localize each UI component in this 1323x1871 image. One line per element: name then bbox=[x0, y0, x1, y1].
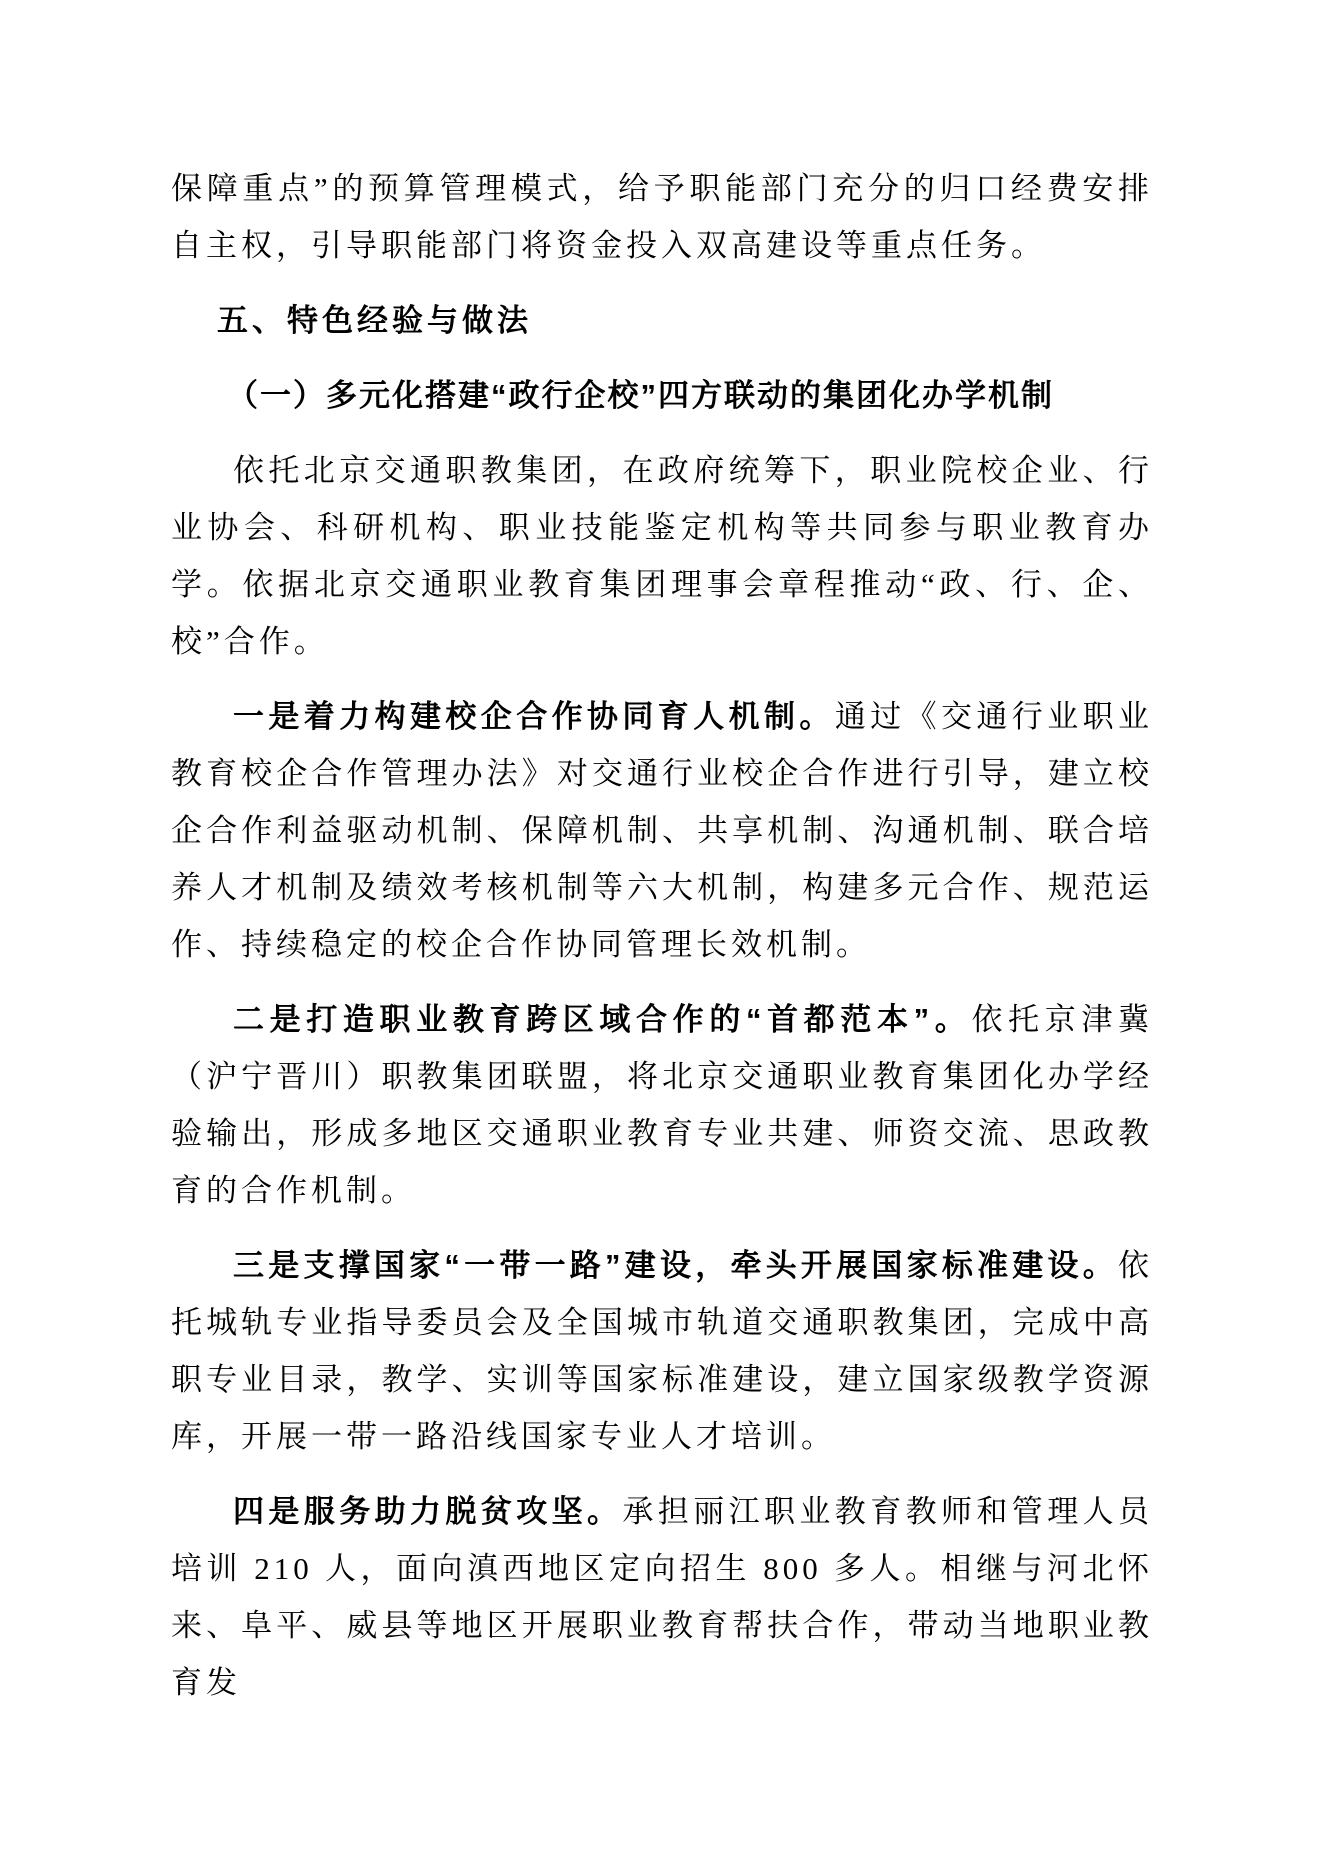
bold-text: 一是着力构建校企合作协同育人机制。 bbox=[233, 699, 835, 734]
paragraph: 一是着力构建校企合作协同育人机制。通过《交通行业职业教育校企合作管理办法》对交通… bbox=[171, 688, 1153, 973]
paragraph: 依托北京交通职教集团，在政府统筹下，职业院校企业、行业协会、科研机构、职业技能鉴… bbox=[171, 442, 1153, 670]
body-text: 通过《交通行业职业教育校企合作管理办法》对交通行业校企合作进行引导，建立校企合作… bbox=[171, 699, 1153, 962]
body-text: 保障重点”的预算管理模式，给予职能部门充分的归口经费安排自主权，引导职能部门将资… bbox=[171, 171, 1153, 263]
paragraph: 二是打造职业教育跨区域合作的“首都范本”。依托京津冀（沪宁晋川）职教集团联盟，将… bbox=[171, 991, 1153, 1219]
paragraph: 三是支撑国家“一带一路”建设，牵头开展国家标准建设。依托城轨专业指导委员会及全国… bbox=[171, 1237, 1153, 1465]
heading: （一）多元化搭建“政行企校”四方联动的集团化办学机制 bbox=[171, 367, 1153, 424]
bold-text: 四是服务助力脱贫攻坚。 bbox=[233, 1494, 622, 1529]
document-content: 保障重点”的预算管理模式，给予职能部门充分的归口经费安排自主权，引导职能部门将资… bbox=[171, 160, 1153, 1729]
bold-text: 五、特色经验与做法 bbox=[217, 303, 532, 338]
body-text: 依托北京交通职教集团，在政府统筹下，职业院校企业、行业协会、科研机构、职业技能鉴… bbox=[171, 453, 1153, 659]
bold-text: 二是打造职业教育跨区域合作的“首都范本”。 bbox=[233, 1002, 971, 1037]
paragraph: 四是服务助力脱贫攻坚。承担丽江职业教育教师和管理人员培训 210 人，面向滇西地… bbox=[171, 1483, 1153, 1711]
bold-text: 三是支撑国家“一带一路”建设，牵头开展国家标准建设。 bbox=[233, 1248, 1118, 1283]
bold-text: （一）多元化搭建“政行企校”四方联动的集团化办学机制 bbox=[227, 378, 1054, 413]
document-page: 保障重点”的预算管理模式，给予职能部门充分的归口经费安排自主权，引导职能部门将资… bbox=[0, 0, 1323, 1871]
paragraph: 保障重点”的预算管理模式，给予职能部门充分的归口经费安排自主权，引导职能部门将资… bbox=[171, 160, 1153, 274]
heading: 五、特色经验与做法 bbox=[171, 292, 1153, 349]
